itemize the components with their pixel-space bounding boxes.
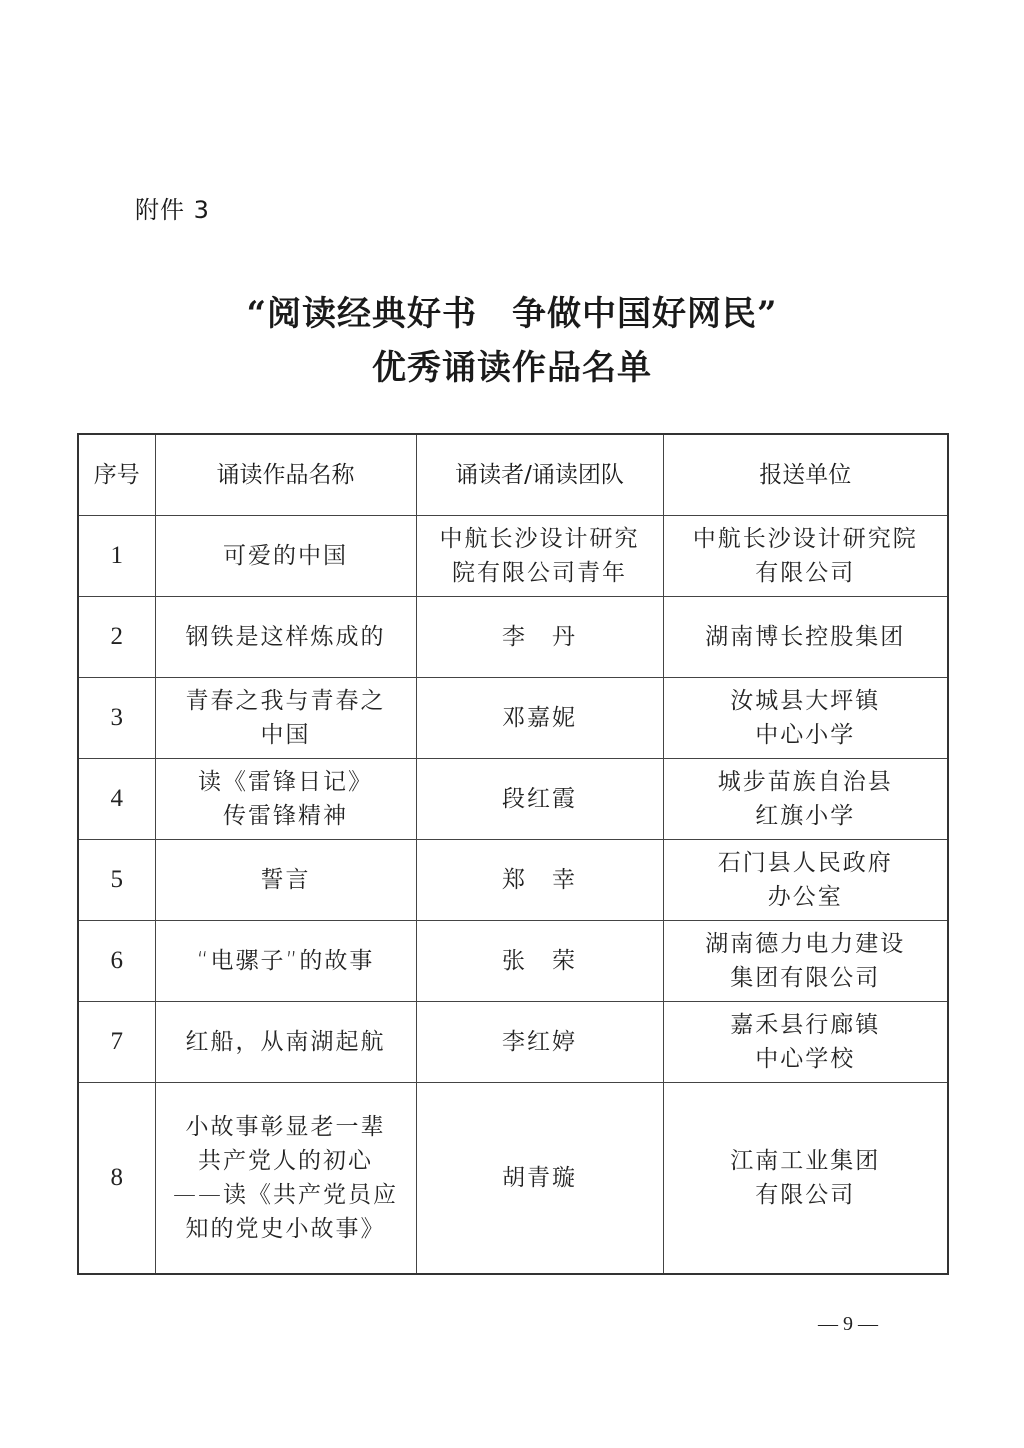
submitting-unit: 湖南博长控股集团 [663, 597, 948, 678]
table-header-row: 序号 诵读作品名称 诵读者/诵读团队 报送单位 [78, 434, 948, 516]
document-title-line-2: 优秀诵读作品名单 [0, 340, 1024, 389]
work-title: 钢铁是这样炼成的 [155, 597, 416, 678]
work-title: “电骡子”的故事 [155, 921, 416, 1002]
work-title: 誓言 [155, 840, 416, 921]
header-submitting-unit: 报送单位 [663, 434, 948, 516]
work-title: 红船，从南湖起航 [155, 1002, 416, 1083]
document-title-line-1: “阅读经典好书 争做中国好网民” [0, 286, 1024, 335]
table-body: 1 可爱的中国 中航长沙设计研究院有限公司青年 中航长沙设计研究院有限公司 2 … [78, 516, 948, 1274]
reader: 胡青璇 [416, 1083, 663, 1274]
header-work-title: 诵读作品名称 [155, 434, 416, 516]
table-row: 2 钢铁是这样炼成的 李 丹 湖南博长控股集团 [78, 597, 948, 678]
row-index: 7 [78, 1002, 155, 1083]
row-index: 3 [78, 678, 155, 759]
reader: 李红婷 [416, 1002, 663, 1083]
submitting-unit: 嘉禾县行廊镇中心学校 [663, 1002, 948, 1083]
table-row: 6 “电骡子”的故事 张 荣 湖南德力电力建设集团有限公司 [78, 921, 948, 1002]
work-title: 青春之我与青春之中国 [155, 678, 416, 759]
reader: 张 荣 [416, 921, 663, 1002]
submitting-unit: 城步苗族自治县红旗小学 [663, 759, 948, 840]
reader: 中航长沙设计研究院有限公司青年 [416, 516, 663, 597]
table-row: 1 可爱的中国 中航长沙设计研究院有限公司青年 中航长沙设计研究院有限公司 [78, 516, 948, 597]
submitting-unit: 江南工业集团有限公司 [663, 1083, 948, 1274]
table-row: 3 青春之我与青春之中国 邓嘉妮 汝城县大坪镇中心小学 [78, 678, 948, 759]
row-index: 4 [78, 759, 155, 840]
header-index: 序号 [78, 434, 155, 516]
submitting-unit: 石门县人民政府办公室 [663, 840, 948, 921]
reader: 段红霞 [416, 759, 663, 840]
reader: 李 丹 [416, 597, 663, 678]
table-row: 4 读《雷锋日记》传雷锋精神 段红霞 城步苗族自治县红旗小学 [78, 759, 948, 840]
table-row: 7 红船，从南湖起航 李红婷 嘉禾县行廊镇中心学校 [78, 1002, 948, 1083]
work-title: 可爱的中国 [155, 516, 416, 597]
page-number: — 9 — [818, 1313, 878, 1336]
reader: 郑 幸 [416, 840, 663, 921]
submitting-unit: 汝城县大坪镇中心小学 [663, 678, 948, 759]
row-index: 5 [78, 840, 155, 921]
work-title: 小故事彰显老一辈共产党人的初心——读《共产党员应知的党史小故事》 [155, 1083, 416, 1274]
row-index: 2 [78, 597, 155, 678]
row-index: 8 [78, 1083, 155, 1274]
row-index: 1 [78, 516, 155, 597]
row-index: 6 [78, 921, 155, 1002]
submitting-unit: 中航长沙设计研究院有限公司 [663, 516, 948, 597]
submitting-unit: 湖南德力电力建设集团有限公司 [663, 921, 948, 1002]
recitation-works-table: 序号 诵读作品名称 诵读者/诵读团队 报送单位 1 可爱的中国 中航长沙设计研究… [77, 433, 949, 1275]
reader: 邓嘉妮 [416, 678, 663, 759]
table-row: 5 誓言 郑 幸 石门县人民政府办公室 [78, 840, 948, 921]
header-reader: 诵读者/诵读团队 [416, 434, 663, 516]
attachment-label: 附件 3 [135, 190, 210, 225]
work-title: 读《雷锋日记》传雷锋精神 [155, 759, 416, 840]
table-row: 8 小故事彰显老一辈共产党人的初心——读《共产党员应知的党史小故事》 胡青璇 江… [78, 1083, 948, 1274]
